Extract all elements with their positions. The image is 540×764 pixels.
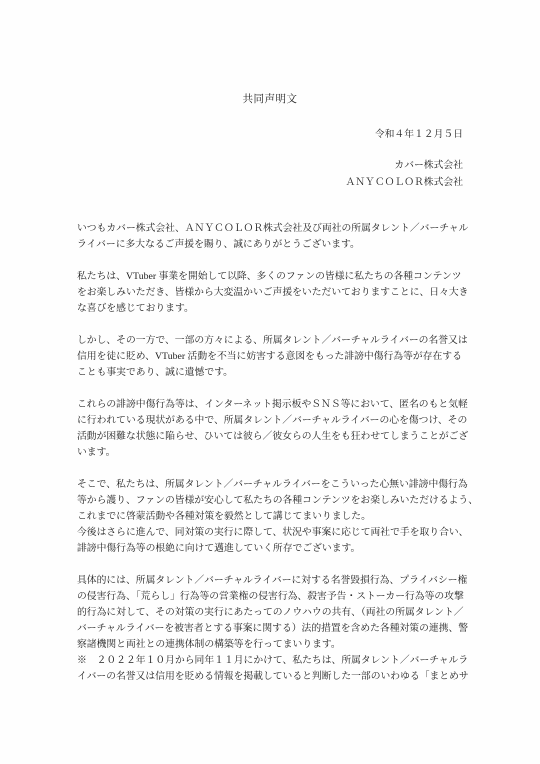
text-line: 的行為に対して、その対策の実行にあたってのノウハウの共有、（両社の所属タレント／ bbox=[77, 605, 540, 621]
paragraph: これらの誹謗中傷行為等は、インターネット掲示板やＳＮＳ等において、匿名のもと気軽… bbox=[77, 397, 540, 461]
document-body: いつもカバー株式会社、ＡＮＹＣＯＬＯＲ株式会社及び両社の所属タレント／バーチャル… bbox=[77, 221, 540, 685]
paragraph: そこで、私たちは、所属タレント／バーチャルライバーをこういった心無い誹謗中傷行為… bbox=[77, 477, 540, 525]
text-line: の侵害行為、「荒らし」行為等の営業権の侵害行為、殺害予告・ストーカー行為等の攻撃 bbox=[77, 589, 540, 605]
paragraph: 私たちは、VTuber 事業を開始して以降、多くのファンの皆様に私たちの各種コン… bbox=[77, 269, 540, 317]
text-line: いつもカバー株式会社、ＡＮＹＣＯＬＯＲ株式会社及び両社の所属タレント／バーチャル bbox=[77, 221, 540, 237]
company-name-cover: カバー株式会社 bbox=[77, 158, 463, 175]
text-line: ※ ２０２２年１０月から同年１１月にかけて、私たちは、所属タレント／バーチャルラ bbox=[77, 653, 540, 669]
document-date: 令和４年１２月５日 bbox=[77, 127, 463, 143]
paragraph: ※ ２０２２年１０月から同年１１月にかけて、私たちは、所属タレント／バーチャルラ… bbox=[77, 653, 540, 685]
text-line: に行われている現状がある中で、所属タレント／バーチャルライバーの心を傷つけ、その bbox=[77, 413, 540, 429]
text-line: ライバーに多大なるご声援を賜り、誠にありがとうございます。 bbox=[77, 237, 540, 253]
text-line: 今後はさらに進んで、同対策の実行に際して、状況や事案に応じて両社で手を取り合い、 bbox=[77, 525, 540, 541]
text-line: います。 bbox=[77, 445, 540, 461]
text-line: これらの誹謗中傷行為等は、インターネット掲示板やＳＮＳ等において、匿名のもと気軽 bbox=[77, 397, 540, 413]
text-line: 察諸機関と両社との連携体制の構築等を行ってまいります。 bbox=[77, 637, 540, 653]
paragraph: 今後はさらに進んで、同対策の実行に際して、状況や事案に応じて両社で手を取り合い、… bbox=[77, 525, 540, 557]
text-line: そこで、私たちは、所属タレント／バーチャルライバーをこういった心無い誹謗中傷行為 bbox=[77, 477, 540, 493]
paragraph: 具体的には、所属タレント／バーチャルライバーに対する名誉毀損行為、プライバシー権… bbox=[77, 573, 540, 653]
text-line: な喜びを感じております。 bbox=[77, 301, 540, 317]
company-signature-block: カバー株式会社 ＡＮＹＣＯＬＯＲ株式会社 bbox=[77, 158, 463, 191]
paragraph: いつもカバー株式会社、ＡＮＹＣＯＬＯＲ株式会社及び両社の所属タレント／バーチャル… bbox=[77, 221, 540, 253]
company-name-anycolor: ＡＮＹＣＯＬＯＲ株式会社 bbox=[77, 175, 463, 192]
document-title: 共同声明文 bbox=[0, 92, 540, 108]
text-line: 等から護り、ファンの皆様が安心して私たちの各種コンテンツをお楽しみいただけるよう… bbox=[77, 493, 540, 509]
text-line: をお楽しみいただき、皆様から大変温かいご声援をいただいておりますことに、日々大き bbox=[77, 285, 540, 301]
text-line: イバーの名誉又は信用を貶める情報を掲載していると判断した一部のいわゆる「まとめサ bbox=[77, 669, 540, 685]
paragraph: しかし、その一方で、一部の方々による、所属タレント／バーチャルライバーの名誉又は… bbox=[77, 333, 540, 381]
text-line: 私たちは、VTuber 事業を開始して以降、多くのファンの皆様に私たちの各種コン… bbox=[77, 269, 540, 285]
text-line: 誹謗中傷行為等の根絶に向けて邁進していく所存でございます。 bbox=[77, 541, 540, 557]
text-line: これまでに啓蒙活動や各種対策を毅然として講じてまいりました。 bbox=[77, 509, 540, 525]
document-page: 共同声明文 令和４年１２月５日 カバー株式会社 ＡＮＹＣＯＬＯＲ株式会社 いつも… bbox=[0, 0, 540, 764]
text-line: 信用を徒に貶め、VTuber 活動を不当に妨害する意図をもった誹謗中傷行為等が存… bbox=[77, 349, 540, 365]
text-line: しかし、その一方で、一部の方々による、所属タレント／バーチャルライバーの名誉又は bbox=[77, 333, 540, 349]
text-line: 活動が困難な状態に陥らせ、ひいては彼ら／彼女らの人生をも狂わせてしまうことがござ bbox=[77, 429, 540, 445]
text-line: 具体的には、所属タレント／バーチャルライバーに対する名誉毀損行為、プライバシー権 bbox=[77, 573, 540, 589]
text-line: ことも事実であり、誠に遺憾です。 bbox=[77, 365, 540, 381]
text-line: バーチャルライバーを被害者とする事案に関する）法的措置を含めた各種対策の連携、警 bbox=[77, 621, 540, 637]
